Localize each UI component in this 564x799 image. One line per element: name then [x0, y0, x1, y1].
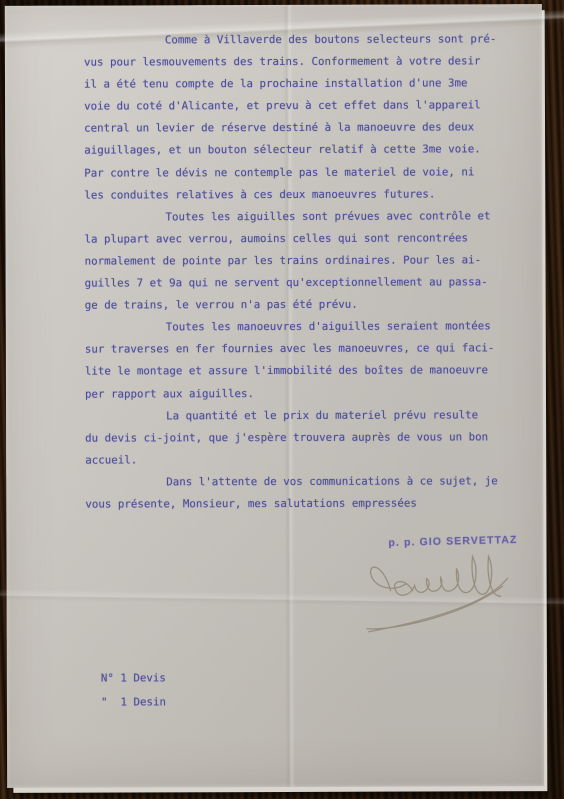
typed-line: per rapport aux aiguilles.: [85, 382, 515, 405]
typed-line: il a été tenu compte de la prochaine ins…: [84, 72, 514, 95]
typed-line: Toutes les manoeuvres d'aiguilles seraie…: [85, 315, 515, 338]
enclosure-item: " 1 Desin: [101, 690, 166, 714]
typed-line: normalement de pointe par les trains ord…: [85, 249, 515, 272]
enclosure-item: N° 1 Devis: [101, 666, 166, 690]
enclosure-list: N° 1 Devis" 1 Desin: [101, 666, 166, 714]
typed-line: lite le montage et assure l'immobilité d…: [85, 360, 515, 383]
typed-line: vus pour lesmouvements des trains. Confo…: [84, 50, 514, 73]
typed-line: guilles 7 et 9a qui ne servent qu'except…: [85, 271, 515, 294]
typed-line: La quantité et le prix du materiel prévu…: [85, 404, 515, 427]
typed-line: Toutes les aiguilles sont prévues avec c…: [84, 205, 514, 228]
typed-line: central un levier de réserve destiné à l…: [84, 117, 514, 140]
typed-line: voie du coté d'Alicante, et prevu à cet …: [84, 95, 514, 118]
typed-line: vous présente, Monsieur, mes salutations…: [85, 492, 515, 515]
typed-line: du devis ci-joint, que j'espère trouvera…: [85, 426, 515, 449]
typed-line: Dans l'attente de vos communications à c…: [85, 470, 515, 493]
typed-line: les conduites relatives à ces deux manoe…: [84, 183, 514, 206]
typed-line: ge de trains, le verrou n'a pas été prév…: [85, 293, 515, 316]
typed-line: Comme à Villaverde des boutons selecteur…: [84, 28, 514, 51]
handwritten-signature-icon: [352, 544, 524, 637]
body-text: Comme à Villaverde des boutons selecteur…: [84, 28, 516, 515]
photo-scene: Comme à Villaverde des boutons selecteur…: [0, 0, 564, 799]
typed-line: aiguillages, et un bouton sélecteur rela…: [84, 139, 514, 162]
typed-line: sur traverses en fer fournies avec les m…: [85, 338, 515, 361]
document-page: Comme à Villaverde des boutons selecteur…: [5, 4, 544, 788]
typed-line: la plupart avec verrou, aumoins celles q…: [84, 227, 514, 250]
typed-line: accueil.: [85, 448, 515, 471]
typed-line: Par contre le dévis ne contemple pas le …: [84, 161, 514, 184]
